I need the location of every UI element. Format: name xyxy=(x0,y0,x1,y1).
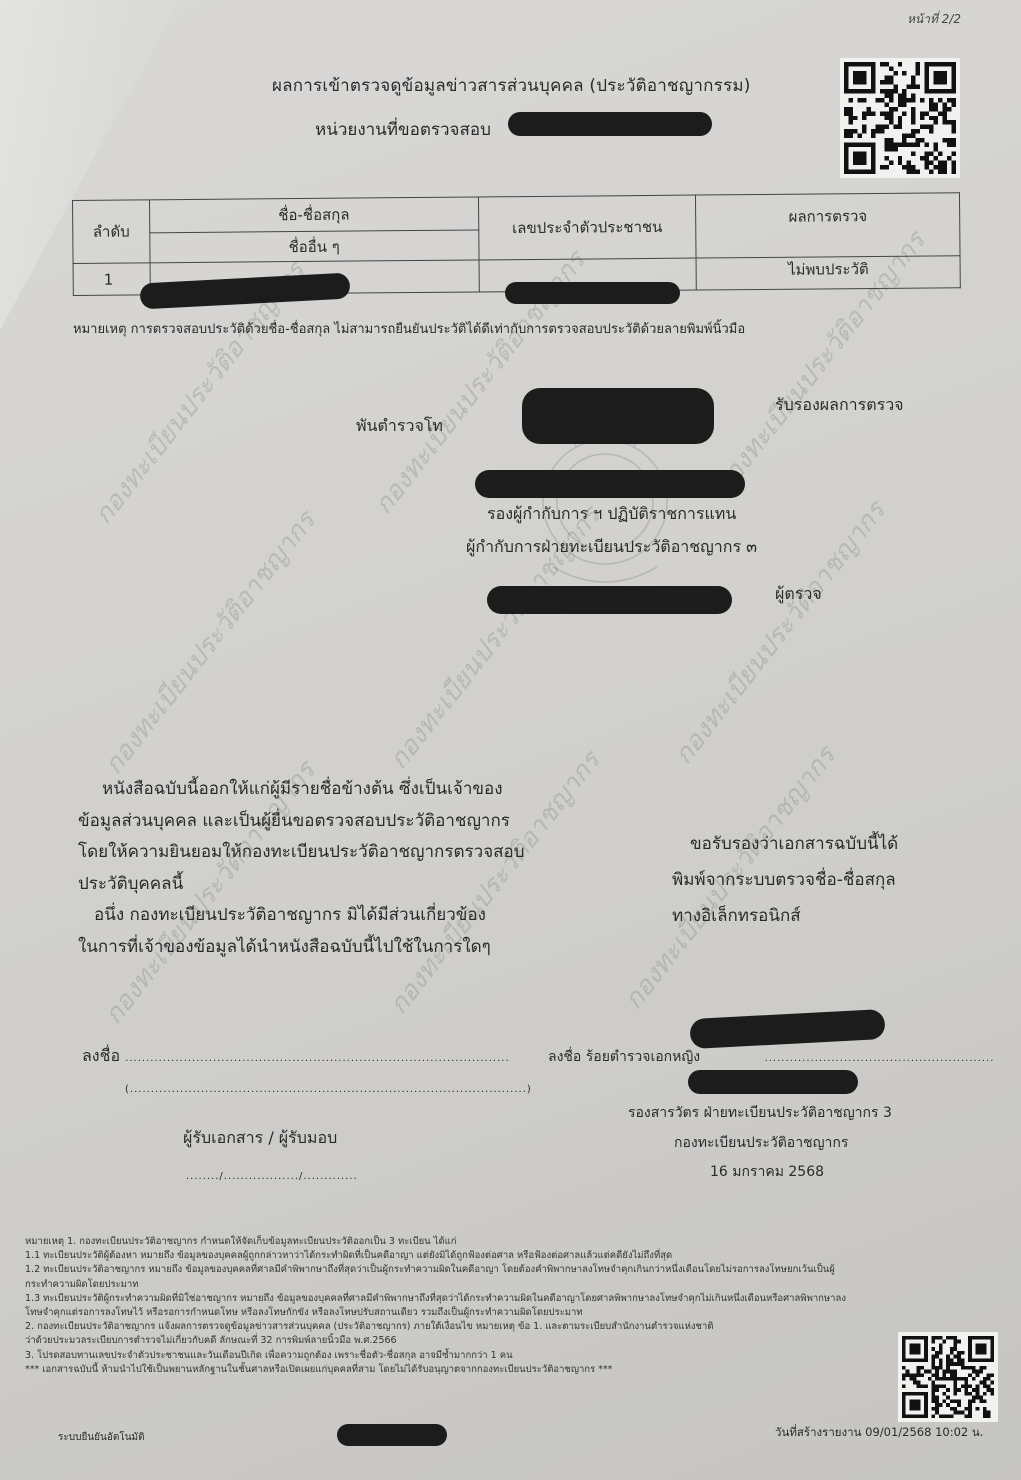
footnote: 1.3 ทะเบียนประวัติผู้กระทำความผิดที่มิใช… xyxy=(25,1292,905,1306)
redacted-officer-name xyxy=(688,1070,858,1094)
statement-line: โดยให้ความยินยอมให้กองทะเบียนประวัติอาชญ… xyxy=(78,837,525,869)
certification-line: พิมพ์จากระบบตรวจชื่อ-ชื่อสกุล xyxy=(672,862,898,898)
qr-code-icon xyxy=(840,58,960,178)
footnote: กระทำความผิดโดยประมาท xyxy=(25,1278,905,1292)
redacted-certifier-signature xyxy=(522,388,714,444)
header-other-names: ชื่ออื่น ๆ xyxy=(150,230,479,263)
footnote: *** เอกสารฉบับนี้ ห้ามนำไปใช้เป็นพยานหลั… xyxy=(25,1363,905,1377)
footnote: 3. โปรดสอบทานเลขประจำตัวประชาชนและวันเดื… xyxy=(25,1349,905,1363)
officer-date: 16 มกราคม 2568 xyxy=(710,1161,824,1183)
row-order: 1 xyxy=(73,263,150,296)
qr-code-icon xyxy=(898,1332,998,1422)
officer-division: กองทะเบียนประวัติอาชญากร xyxy=(674,1132,848,1154)
watermark: กองทะเบียนประวัติอาชญากร xyxy=(94,503,326,783)
requesting-agency-label: หน่วยงานที่ขอตรวจสอบ xyxy=(315,116,491,143)
certification-line: ขอรับรองว่าเอกสารฉบับนี้ได้ xyxy=(672,826,898,862)
recipient-name-field: (.......................................… xyxy=(125,1084,532,1095)
redacted-officer-signature xyxy=(689,1009,885,1049)
header-order: ลำดับ xyxy=(73,200,151,264)
officer-position: รองสารวัตร ฝ่ายทะเบียนประวัติอาชญากร 3 xyxy=(628,1102,892,1124)
officer-sign-field: ........................................… xyxy=(765,1053,995,1064)
report-created-timestamp: วันที่สร้างรายงาน 09/01/2568 10:02 น. xyxy=(775,1424,983,1442)
recipient-date-field: ......../................../............… xyxy=(186,1171,358,1182)
footnote: ว่าด้วยประมวลระเบียบการตำรวจไม่เกี่ยวกับ… xyxy=(25,1334,905,1348)
footnote: 2. กองทะเบียนประวัติอาชญากร แจ้งผลการตรว… xyxy=(25,1320,905,1334)
inspector-label: ผู้ตรวจ xyxy=(775,582,822,607)
recipient-role: ผู้รับเอกสาร / ผู้รับมอบ xyxy=(183,1126,337,1151)
footnote: 1.2 ทะเบียนประวัติอาชญากร หมายถึง ข้อมูล… xyxy=(25,1263,905,1277)
certifier-rank: พันตำรวจโท xyxy=(356,414,443,439)
redacted-footer-code xyxy=(337,1424,447,1446)
redacted-certifier-name xyxy=(475,470,745,498)
statement-line: อนึ่ง กองทะเบียนประวัติอาชญากร มิได้มีส่… xyxy=(78,900,525,932)
officer-sign-row: ลงชื่อ ร้อยตำรวจเอกหญิง ................… xyxy=(548,1046,994,1068)
certification: ขอรับรองว่าเอกสารฉบับนี้ได้ พิมพ์จากระบบ… xyxy=(672,826,898,934)
certify-label: รับรองผลการตรวจ xyxy=(775,393,904,418)
certification-line: ทางอิเล็กทรอนิกส์ xyxy=(672,898,898,934)
header-name: ชื่อ-ชื่อสกุล xyxy=(149,197,478,233)
footnote: หมายเหตุ 1. กองทะเบียนประวัติอาชญากร กำห… xyxy=(25,1235,905,1249)
statement-line: หนังสือฉบับนี้ออกให้แก่ผู้มีรายชื่อข้างต… xyxy=(78,774,525,806)
redacted-inspector-name xyxy=(487,586,732,614)
document-title: ผลการเข้าตรวจดูข้อมูลข่าวสารส่วนบุคคล (ป… xyxy=(272,72,751,99)
verification-system-label: ระบบยืนยันอัตโนมัติ xyxy=(58,1430,145,1445)
statement-line: ข้อมูลส่วนบุคคล และเป็นผู้ยื่นขอตรวจสอบป… xyxy=(78,806,525,838)
certifier-position-1: รองผู้กำกับการ ฯ ปฏิบัติราชการแทน xyxy=(487,502,736,527)
recipient-sign-field: ........................................… xyxy=(125,1053,509,1064)
redacted-id-number xyxy=(505,282,680,304)
officer-sign-label: ลงชื่อ ร้อยตำรวจเอกหญิง xyxy=(548,1049,700,1065)
statement: หนังสือฉบับนี้ออกให้แก่ผู้มีรายชื่อข้างต… xyxy=(78,774,525,963)
statement-line: ในการที่เจ้าของข้อมูลได้นำหนังสือฉบับนี้… xyxy=(78,932,525,964)
footnote: 1.1 ทะเบียนประวัติผู้ต้องหา หมายถึง ข้อม… xyxy=(25,1249,905,1263)
recipient-sign-row: ลงชื่อ .................................… xyxy=(82,1044,510,1069)
footnote: โทษจำคุกแต่รอการลงโทษไว้ หรือรอการกำหนดโ… xyxy=(25,1306,905,1320)
recipient-sign-label: ลงชื่อ xyxy=(82,1046,120,1065)
header-result: ผลการตรวจ xyxy=(696,193,960,258)
statement-line: ประวัติบุคคลนี้ xyxy=(78,869,525,901)
redacted-agency xyxy=(508,112,712,136)
footnotes: หมายเหตุ 1. กองทะเบียนประวัติอาชญากร กำห… xyxy=(25,1235,905,1377)
page-number: หน้าที่ 2/2 xyxy=(907,10,961,29)
row-result: ไม่พบประวัติ xyxy=(697,256,961,290)
header-id-number: เลขประจำตัวประชาชน xyxy=(478,195,696,260)
certifier-position-2: ผู้กำกับการฝ่ายทะเบียนประวัติอาชญากร ๓ xyxy=(466,535,757,560)
table-remark: หมายเหตุ การตรวจสอบประวัติด้วยชื่อ-ชื่อส… xyxy=(73,318,745,339)
